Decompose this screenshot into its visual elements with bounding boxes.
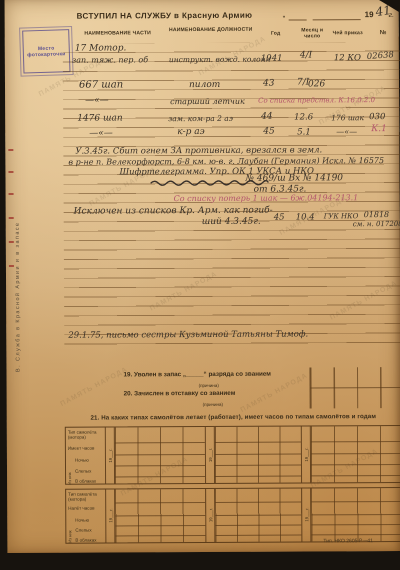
blank-line (313, 19, 361, 20)
entry-order: 026 (308, 79, 325, 89)
entry-date: 5.1 (297, 127, 311, 137)
entry-part: —«— (89, 128, 113, 138)
watermark-text: ПАМЯТЬ НАРОДА (59, 366, 129, 408)
red-mark (8, 171, 13, 173)
entry-year: 44 (261, 112, 273, 122)
entry-date: 12.6 (294, 112, 313, 122)
group-label-of-which: Из них (67, 456, 72, 485)
note-line: в р-не п. Велекорфюрст, 6-8 км. ю-в. г. … (68, 156, 384, 167)
col-header-num: № (367, 30, 400, 37)
red-mark (9, 265, 14, 267)
entry-duty: зам. ком-ра 2 аэ (168, 114, 233, 123)
col-header-order: Чей приказ (331, 31, 365, 37)
section-21-title: 21. На каких типах самолётов летает (раб… (63, 413, 400, 422)
hours-cells (115, 489, 205, 542)
col-header-duty: НАИМЕНОВАНИЕ ДОЛЖНОСТИ (166, 28, 256, 34)
col-header-year: Год (258, 32, 294, 38)
flight-hours-table-a: Тип самолёта (мотора) Имеет часов Ночью … (65, 425, 400, 485)
blank-line (289, 19, 307, 20)
excluded-num2: см. н. 017208 (353, 220, 400, 228)
excluded-order: ГУК НКО (324, 212, 359, 220)
hours-cells (311, 488, 400, 541)
year-column-label: 19___г. (107, 448, 112, 462)
section-20-label: 20. Зачислен в отставку со званием (124, 390, 236, 398)
year-column-label: 19___г. (108, 509, 113, 523)
print-info: Тип. НКО 2605-Р—41 (323, 538, 373, 544)
year-column-label: 19___г. (207, 448, 212, 462)
year-suffix: г. (389, 12, 394, 19)
entry-duty: к-р аэ (177, 127, 205, 137)
margin-section-label: В. Служба в Красной Армии и в запасе (14, 137, 21, 372)
excluded-line: ший 4.3.45г. (202, 217, 261, 227)
red-mark (9, 241, 14, 243)
entry-part: 667 шап (79, 79, 123, 90)
col-header-date: Месяц и число (296, 28, 329, 40)
entry-part: —«— (85, 95, 109, 105)
paper-sheet: ПАМЯТЬ НАРОДА ПАМЯТЬ НАРОДА ПАМЯТЬ НАРОД… (5, 0, 400, 553)
entry-year: 43 (263, 79, 275, 89)
row-label-type: Тип самолёта (мотора) (66, 429, 107, 441)
year-column-label: 19___г. (208, 508, 213, 522)
row-label-hours: Налёт часов (66, 505, 107, 511)
red-mark (9, 193, 14, 195)
note-line: У.3.45г. Сбит огнем ЗА противника, вреза… (75, 145, 322, 156)
entry-part: 1476 шап (77, 113, 123, 123)
excluded-num: 01818 (364, 210, 389, 219)
entry-duty: пилот (189, 80, 220, 90)
watermark-text: ПАМЯТЬ НАРОДА (239, 372, 309, 414)
entry-year: 1941 (261, 54, 283, 64)
col-header-part: НАИМЕНОВАНИЕ ЧАСТИ (72, 31, 164, 37)
hours-cells (115, 427, 205, 483)
entry-num: 02638 (367, 50, 395, 62)
sister-note: 29.1.75, письмо сестры Кузьминой Татьяны… (68, 329, 308, 340)
note-line: Со списку потерь 1 шак — 6ж.04194-213.1 (174, 193, 359, 203)
year-column-label: 19___г. (303, 447, 308, 461)
hours-cells (215, 488, 301, 541)
hours-cells (215, 426, 301, 482)
entry-year: 45 (263, 127, 275, 137)
entry-order: 176 шак (331, 113, 364, 122)
section-20-sub: (причина) (203, 402, 223, 407)
note-line: № 469/ш Вх № 14190 (245, 173, 343, 184)
entry-duty: инструкт. вожд. колонн (169, 55, 271, 65)
excluded-date: 10.4 (296, 212, 315, 222)
entry-order: 12 КО (334, 53, 361, 63)
entry-part: 17 Мотор. (75, 43, 127, 53)
row-label-hours: Имеет часов (66, 445, 107, 451)
red-mark (8, 149, 13, 151)
hours-cells (311, 426, 400, 482)
red-mark (9, 217, 14, 219)
blank-line (147, 400, 305, 401)
year-prefix: 19 (365, 10, 374, 19)
entry-duty: старший летчик (170, 97, 245, 106)
blank-line (135, 381, 305, 382)
scanned-document: ПАМЯТЬ НАРОДА ПАМЯТЬ НАРОДА ПАМЯТЬ НАРОД… (0, 0, 400, 570)
entry-order: —«— (336, 127, 357, 136)
entry-date: 4/I (300, 50, 312, 60)
year-column-label: 19___г. (304, 508, 309, 522)
entry-note: Со списка предствл. К.16.0.2.0 (258, 96, 375, 105)
group-label-of-which: Из них (67, 516, 72, 543)
entry-num: 030 (369, 112, 385, 122)
excluded-line: Исключен из списков Кр. Арм. как погиб- (74, 206, 273, 217)
excluded-year: 45 (274, 213, 285, 223)
entry-num: К.1 (371, 124, 387, 134)
quote-mark: „ (283, 10, 286, 19)
form-title: ВСТУПИЛ НА СЛУЖБУ в Красную Армию (77, 11, 253, 21)
section-19-label: 19. Уволен в запас „_____“ разряда со зв… (124, 371, 271, 379)
flight-hours-table-b: Тип самолёта (мотора) Налёт часов Ночью … (65, 487, 400, 544)
section-19-sub: (причина) (199, 383, 219, 388)
photo-box-label: фотокарточки (27, 51, 66, 58)
entry-part: зап. тяж. пер. об (72, 55, 148, 64)
row-label-type: Тип самолёта (мотора) (66, 491, 107, 503)
section-19-20-cells (309, 367, 400, 408)
